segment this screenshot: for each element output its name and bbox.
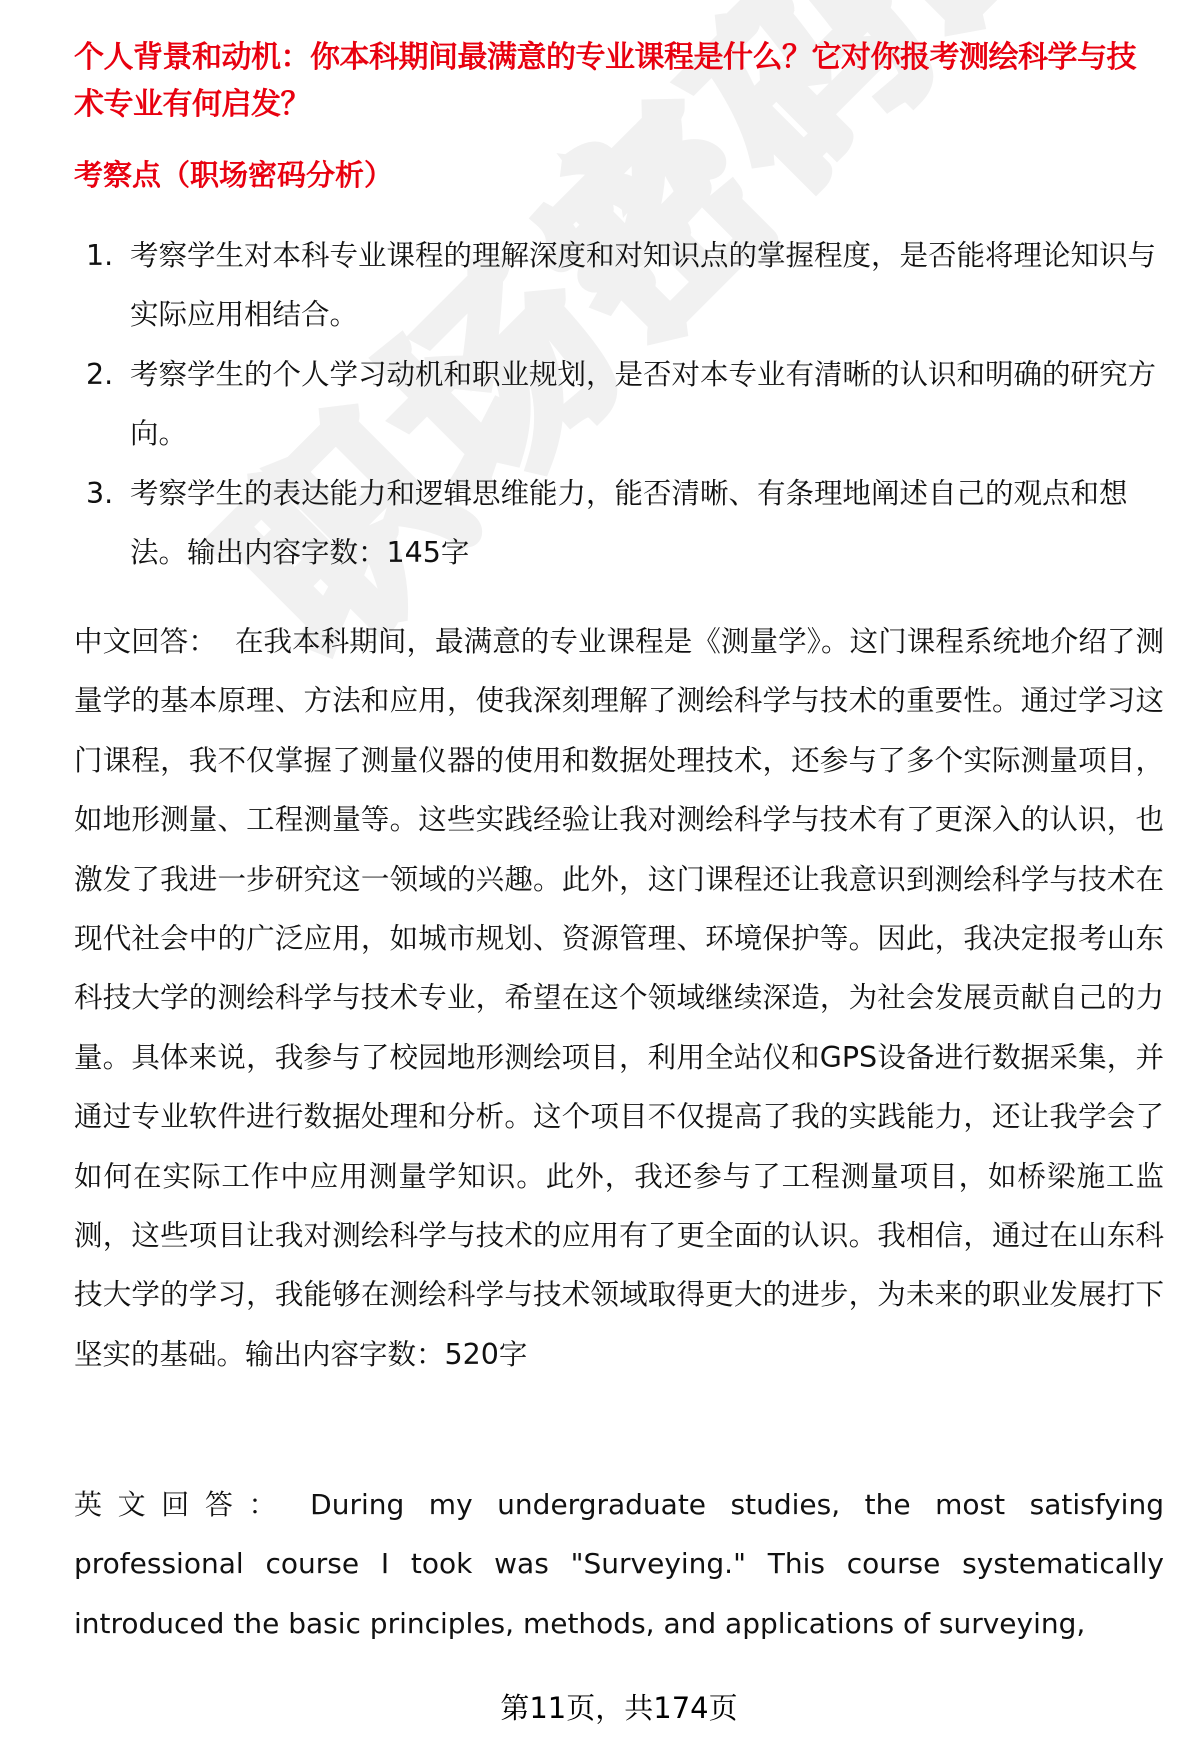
list-item: 3. 考察学生的表达能力和逻辑思维能力，能否清晰、有条理地阐述自己的观点和想法。… — [0, 464, 1165, 583]
list-item-text: 考察学生的个人学习动机和职业规划，是否对本专业有清晰的认识和明确的研究方向。 — [130, 358, 1156, 450]
list-number: 1. — [86, 226, 113, 285]
assessment-points-list: 1. 考察学生对本科专业课程的理解深度和对知识点的掌握程度，是否能将理论知识与实… — [0, 226, 1200, 582]
list-item: 2. 考察学生的个人学习动机和职业规划，是否对本专业有清晰的认识和明确的研究方向… — [0, 345, 1165, 464]
list-item-text: 考察学生对本科专业课程的理解深度和对知识点的掌握程度，是否能将理论知识与实际应用… — [130, 239, 1156, 331]
section-heading: 考察点（职场密码分析） — [74, 155, 393, 195]
page-indicator: 第11页，共174页 — [0, 1688, 1200, 1728]
list-item-text: 考察学生的表达能力和逻辑思维能力，能否清晰、有条理地阐述自己的观点和想法。输出内… — [130, 477, 1128, 569]
list-number: 2. — [86, 345, 113, 404]
list-number: 3. — [86, 464, 113, 523]
document-page: 个人背景和动机：你本科期间最满意的专业课程是什么？它对你报考测绘科学与技术专业有… — [0, 0, 1200, 1755]
english-answer-label: 英文回答： — [74, 1488, 292, 1521]
list-item: 1. 考察学生对本科专业课程的理解深度和对知识点的掌握程度，是否能将理论知识与实… — [0, 226, 1165, 345]
chinese-answer-text: 在我本科期间，最满意的专业课程是《测量学》。这门课程系统地介绍了测量学的基本原理… — [74, 625, 1164, 1371]
chinese-answer-label: 中文回答： — [74, 625, 217, 658]
chinese-answer: 中文回答：在我本科期间，最满意的专业课程是《测量学》。这门课程系统地介绍了测量学… — [74, 612, 1164, 1384]
english-answer: 英文回答：During my undergraduate studies, th… — [74, 1475, 1164, 1653]
question-title: 个人背景和动机：你本科期间最满意的专业课程是什么？它对你报考测绘科学与技术专业有… — [74, 34, 1164, 128]
